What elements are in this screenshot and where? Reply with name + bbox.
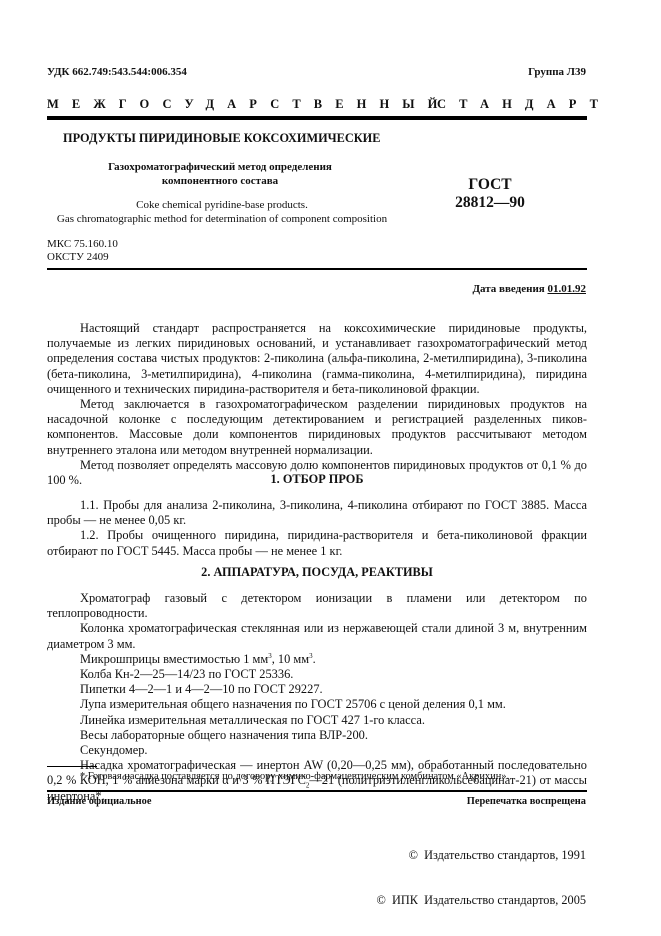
introduction: Настоящий стандарт распространяется на к… [47, 321, 587, 488]
document-subtitle: Газохроматографический метод определения… [90, 160, 350, 188]
mks-code: МКС 75.160.10 [47, 238, 118, 251]
equipment-column: Колонка хроматографическая стеклянная ил… [47, 621, 587, 651]
copyright-2005: © ИПК Издательство стандартов, 2005 [377, 893, 587, 908]
title-rule [47, 268, 587, 270]
reprint-prohibited: Перепечатка воспрещена [467, 796, 586, 807]
gost-label: ГОСТ [440, 176, 540, 194]
subtitle-line-1: Газохроматографический метод определения [90, 160, 350, 174]
section-1-body: 1.1. Пробы для анализа 2-пиколина, 3-пик… [47, 498, 587, 559]
banner-standard: СТАНДАРТ [437, 97, 611, 112]
group-code: Группа Л39 [528, 66, 586, 78]
equipment-magnifier: Лупа измерительная общего назначения по … [47, 697, 587, 712]
section-1-heading: 1. ОТБОР ПРОБ [47, 472, 587, 487]
document-title: ПРОДУКТЫ ПИРИДИНОВЫЕ КОКСОХИМИЧЕСКИЕ [63, 131, 380, 146]
footnote: * Готовая насадка поставляется по догово… [80, 771, 509, 782]
equipment-flask: Колба Кн-2—25—14/23 по ГОСТ 25336. [47, 667, 587, 682]
equipment-ruler: Линейка измерительная металлическая по Г… [47, 713, 587, 728]
intro-paragraph-method: Метод заключается в газохроматографическ… [47, 397, 587, 458]
clause-1-1: 1.1. Пробы для анализа 2-пиколина, 3-пик… [47, 498, 587, 528]
syringes-text-1: Микрошприцы вместимостью 1 мм [80, 652, 268, 666]
gost-designation: ГОСТ 28812—90 [440, 176, 540, 212]
footer-rule [47, 790, 587, 792]
header-rule [47, 116, 587, 120]
banner-interstate: МЕЖГОСУДАРСТВЕННЫЙ [47, 97, 450, 112]
section-2-heading: 2. АППАРАТУРА, ПОСУДА, РЕАКТИВЫ [47, 565, 587, 580]
introduction-date: Дата введения 01.01.92 [472, 283, 586, 295]
english-title-line-2: Gas chromatographic method for determina… [47, 212, 397, 226]
introduction-date-label: Дата введения [472, 283, 547, 295]
equipment-microsyringes: Микрошприцы вместимостью 1 мм3, 10 мм3. [47, 652, 587, 667]
clause-1-2: 1.2. Пробы очищенного пиридина, пиридина… [47, 528, 587, 558]
syringes-text-3: . [313, 652, 316, 666]
udk-code: УДК 662.749:543.544:006.354 [47, 66, 187, 78]
introduction-date-value: 01.01.92 [548, 283, 587, 295]
equipment-pipettes: Пипетки 4—2—1 и 4—2—10 по ГОСТ 29227. [47, 682, 587, 697]
intro-paragraph-scope: Настоящий стандарт распространяется на к… [47, 321, 587, 397]
official-edition: Издание официальное [47, 796, 151, 807]
copyright-1991: © Издательство стандартов, 1991 [377, 848, 587, 863]
english-title-line-1: Coke chemical pyridine-base products. [47, 198, 397, 212]
equipment-scales: Весы лабораторные общего назначения типа… [47, 728, 587, 743]
okstu-code: ОКСТУ 2409 [47, 251, 118, 264]
classification-codes: МКС 75.160.10 ОКСТУ 2409 [47, 238, 118, 264]
footnote-separator [47, 766, 97, 767]
equipment-chromatograph: Хроматограф газовый с детектором ионизац… [47, 591, 587, 621]
subtitle-line-2: компонентного состава [90, 174, 350, 188]
english-title: Coke chemical pyridine-base products. Ga… [47, 198, 397, 226]
copyright-block: © Издательство стандартов, 1991 © ИПК Из… [377, 818, 587, 923]
syringes-text-2: , 10 мм [272, 652, 309, 666]
gost-number: 28812—90 [440, 194, 540, 212]
equipment-stopwatch: Секундомер. [47, 743, 587, 758]
